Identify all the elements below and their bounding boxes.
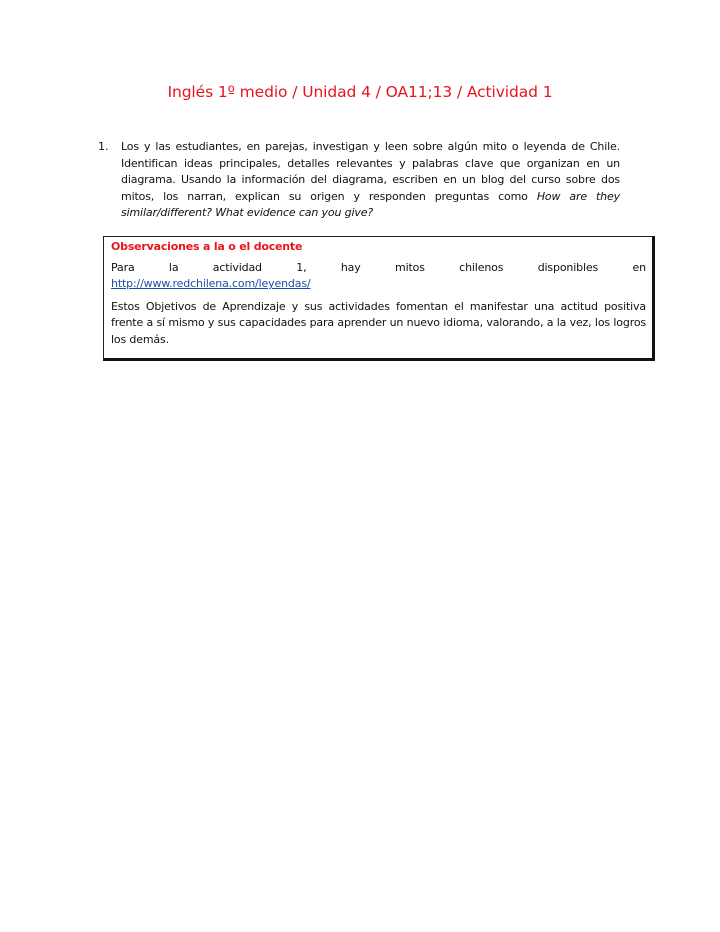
word: mitos	[395, 260, 425, 276]
word: disponibles	[538, 260, 598, 276]
observations-title: Observaciones a la o el docente	[111, 239, 646, 255]
observations-paragraph-1-line: Para la actividad 1, hay mitos chilenos …	[111, 260, 646, 276]
observations-paragraph-1: Para la actividad 1, hay mitos chilenos …	[111, 260, 646, 293]
activity-number: 1.	[98, 139, 121, 222]
observations-paragraph-2: Estos Objetivos de Aprendizaje y sus act…	[111, 299, 646, 348]
redchilena-link[interactable]: http://www.redchilena.com/leyendas/	[111, 277, 311, 290]
teacher-observations-box: Observaciones a la o el docente Para la …	[103, 236, 655, 361]
word: en	[632, 260, 645, 276]
word: Para	[111, 260, 135, 276]
activity-text: Los y las estudiantes, en parejas, inves…	[121, 139, 620, 222]
word: la	[169, 260, 179, 276]
activity-item: 1. Los y las estudiantes, en parejas, in…	[98, 139, 620, 222]
word: actividad	[213, 260, 262, 276]
page-title: Inglés 1º medio / Unidad 4 / OA11;13 / A…	[0, 83, 720, 101]
word: chilenos	[459, 260, 503, 276]
word: 1,	[296, 260, 306, 276]
activity-list: 1. Los y las estudiantes, en parejas, in…	[98, 139, 620, 222]
word: hay	[341, 260, 361, 276]
